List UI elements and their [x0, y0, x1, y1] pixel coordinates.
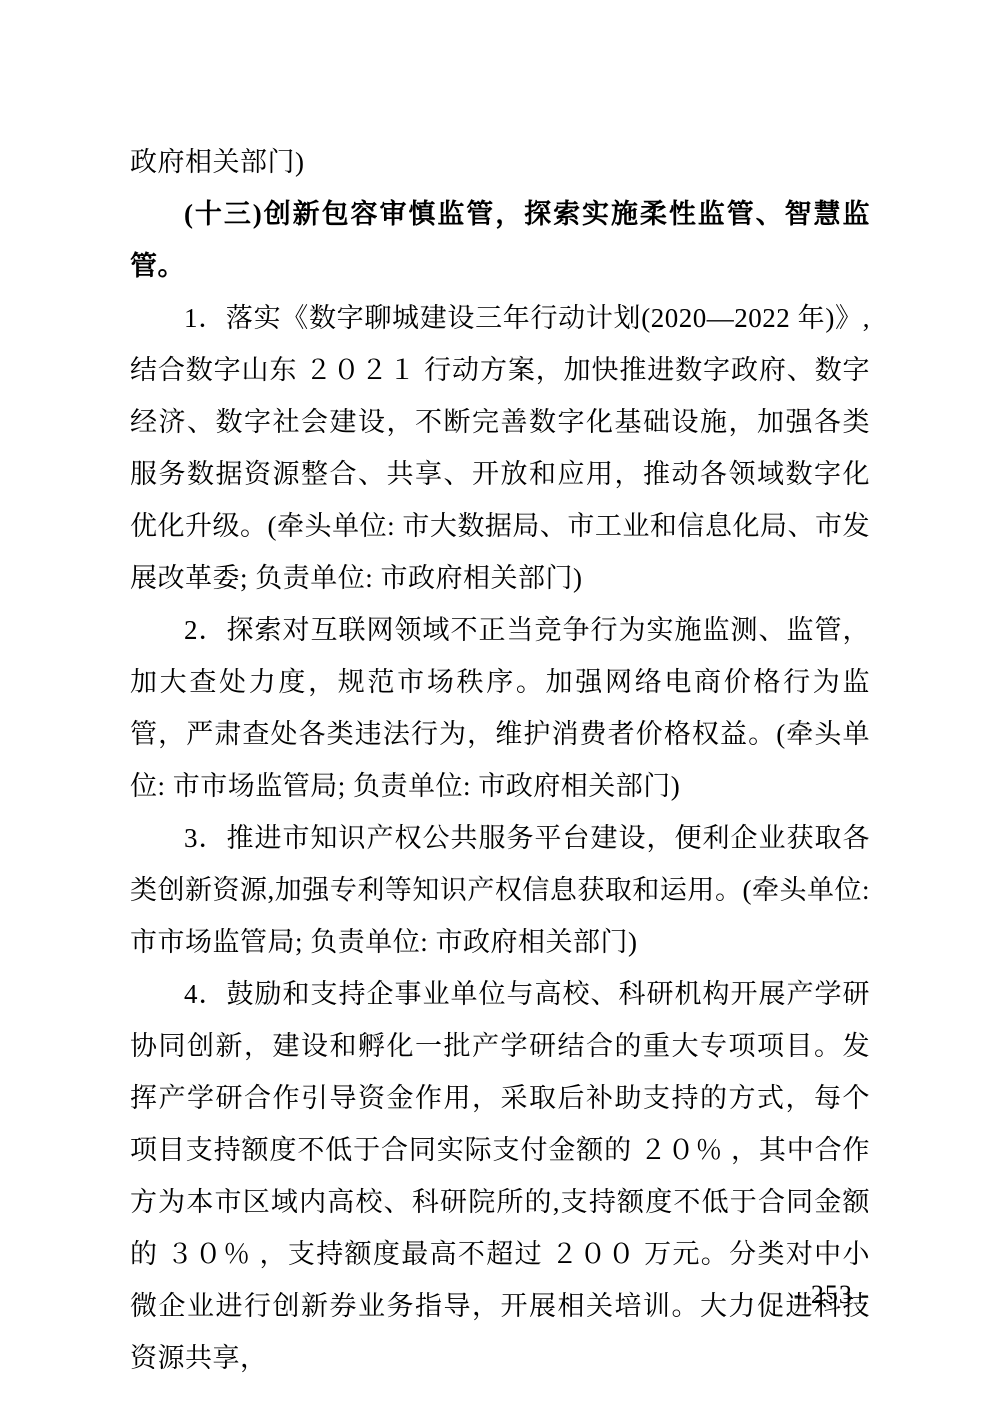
clause-3-paragraph: 3．推进市知识产权公共服务平台建设，便利企业获取各类创新资源,加强专利等知识产权… — [130, 812, 870, 968]
paragraph-continuation: 政府相关部门) — [130, 136, 870, 188]
section-heading: (十三)创新包容审慎监管，探索实施柔性监管、智慧监管。 — [130, 188, 870, 292]
clause-4-paragraph: 4．鼓励和支持企事业单位与高校、科研机构开展产学研协同创新，建设和孵化一批产学研… — [130, 968, 870, 1384]
page-number: - 253 - — [794, 1278, 870, 1312]
document-body: 政府相关部门) (十三)创新包容审慎监管，探索实施柔性监管、智慧监管。 1．落实… — [130, 136, 870, 1384]
document-page: 政府相关部门) (十三)创新包容审慎监管，探索实施柔性监管、智慧监管。 1．落实… — [0, 0, 1000, 1414]
clause-1-paragraph: 1．落实《数字聊城建设三年行动计划(2020—2022 年)》,结合数字山东 ２… — [130, 292, 870, 604]
clause-2-paragraph: 2．探索对互联网领域不正当竞争行为实施监测、监管，加大查处力度，规范市场秩序。加… — [130, 604, 870, 812]
